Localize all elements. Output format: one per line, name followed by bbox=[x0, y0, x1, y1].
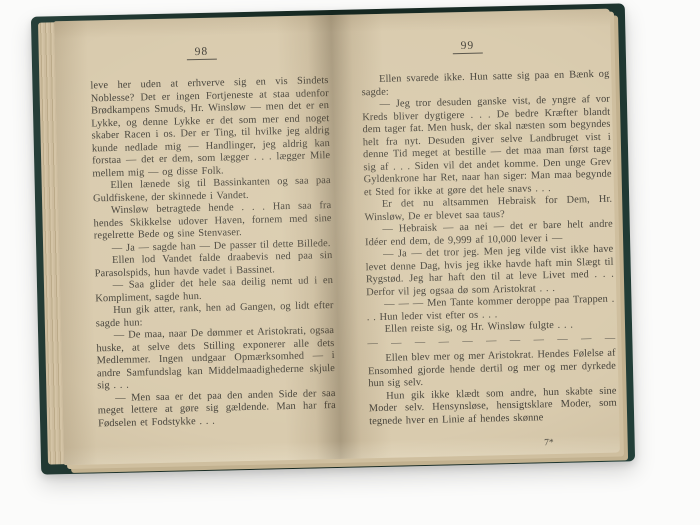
paragraph: — Men saa er det paa den anden Side der … bbox=[97, 387, 336, 430]
right-page-number: 99 bbox=[453, 40, 483, 55]
paragraph: Hun gik ikke klædt som andre, hun skabte… bbox=[368, 385, 617, 428]
paragraph: leve her uden at erhverve sig en vis Sin… bbox=[90, 75, 330, 180]
page-spread: 98 leve her uden at erhverve sig en vis … bbox=[54, 9, 620, 465]
paragraph: — Ja — det tror jeg. Men jeg vilde vist … bbox=[365, 244, 614, 300]
paragraph: Winsløw betragtede hende . . . Han saa f… bbox=[93, 200, 332, 243]
right-page: 99 Ellen svarede ikke. Hun satte sig paa… bbox=[332, 9, 620, 459]
paragraph: — De maa, naar De dømmer et Aristokrati,… bbox=[96, 325, 335, 393]
left-page-number: 98 bbox=[187, 46, 217, 61]
left-page-text-column: leve her uden at erhverve sig en vis Sin… bbox=[90, 75, 336, 430]
paragraph: Ellen blev mer og mer Aristokrat. Hendes… bbox=[368, 348, 617, 391]
left-page: 98 leve her uden at erhverve sig en vis … bbox=[54, 15, 340, 465]
book: 98 leve her uden at erhverve sig en vis … bbox=[31, 3, 635, 474]
right-page-text-column: Ellen svarede ikke. Hun satte sig paa en… bbox=[361, 69, 617, 429]
signature-mark: 7* bbox=[544, 438, 554, 448]
paragraph: — Jeg tror desuden ganske vist, de yngre… bbox=[362, 94, 612, 200]
photo-background: 98 leve her uden at erhverve sig en vis … bbox=[0, 0, 700, 525]
